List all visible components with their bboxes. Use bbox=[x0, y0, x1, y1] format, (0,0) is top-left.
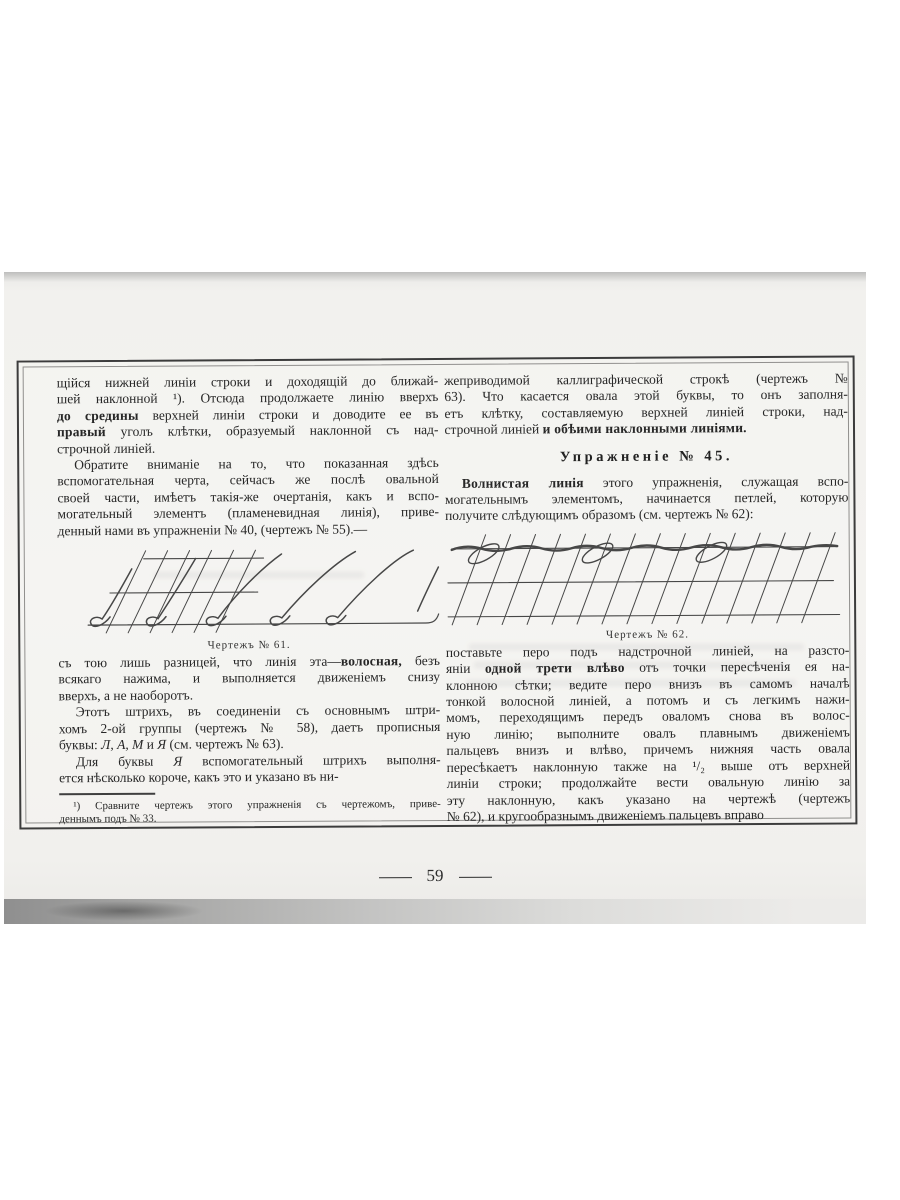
figure-61-drawing bbox=[58, 541, 440, 639]
page-number-dash bbox=[379, 877, 412, 879]
paragraph: Для буквы Я вспомогательный штрихъ выпол… bbox=[59, 751, 441, 786]
footnote: ¹) Сравните чертежъ этого упражненія съ … bbox=[59, 791, 441, 827]
page-number-dash bbox=[459, 876, 492, 878]
text-columns: щійся нижней линіи строки и доходящій до… bbox=[24, 362, 851, 822]
book-page: щійся нижней линіи строки и доходящій до… bbox=[4, 272, 866, 924]
figure-62-caption: Чертежъ № 62. bbox=[446, 627, 850, 641]
left-column: щійся нижней линіи строки и доходящій до… bbox=[57, 373, 441, 822]
page-border-frame: щійся нижней линіи строки и доходящій до… bbox=[17, 355, 858, 829]
paragraph: жеприводимой каллиграфической строкѣ (че… bbox=[444, 370, 848, 438]
right-column: жеприводимой каллиграфической строкѣ (че… bbox=[444, 370, 850, 819]
paragraph: Этотъ штрихъ, въ соединеніи съ основнымъ… bbox=[59, 702, 441, 754]
figure-61-caption: Чертежъ № 61. bbox=[58, 638, 440, 652]
page-top-edge-shadow bbox=[4, 272, 866, 282]
page-bottom-edge-shadow bbox=[4, 899, 866, 924]
paragraph: поставьте перо подъ надстрочной линіей, … bbox=[446, 642, 851, 825]
footnote-rule bbox=[59, 793, 155, 795]
footnote-text: ¹) Сравните чертежъ этого упражненія съ … bbox=[59, 798, 441, 827]
page-number: 59 bbox=[4, 864, 866, 889]
figure-61: Чертежъ № 61. bbox=[58, 541, 440, 652]
page-number-value: 59 bbox=[426, 866, 443, 886]
paragraph: щійся нижней линіи строки и доходящій до… bbox=[57, 373, 439, 457]
figure-62-drawing bbox=[445, 526, 849, 628]
page-border-inner-rule: щійся нижней линіи строки и доходящій до… bbox=[23, 361, 852, 823]
paragraph: Волнистая линія этого упражненія, служащ… bbox=[445, 473, 849, 525]
figure-62: Чертежъ № 62. bbox=[445, 526, 849, 641]
exercise-heading: Упражненіе № 45. bbox=[445, 447, 849, 466]
paragraph: Обратите вниманіе на то, что показанная … bbox=[57, 455, 439, 539]
paragraph: съ тою лишь разницей, что линія эта—воло… bbox=[58, 653, 440, 705]
